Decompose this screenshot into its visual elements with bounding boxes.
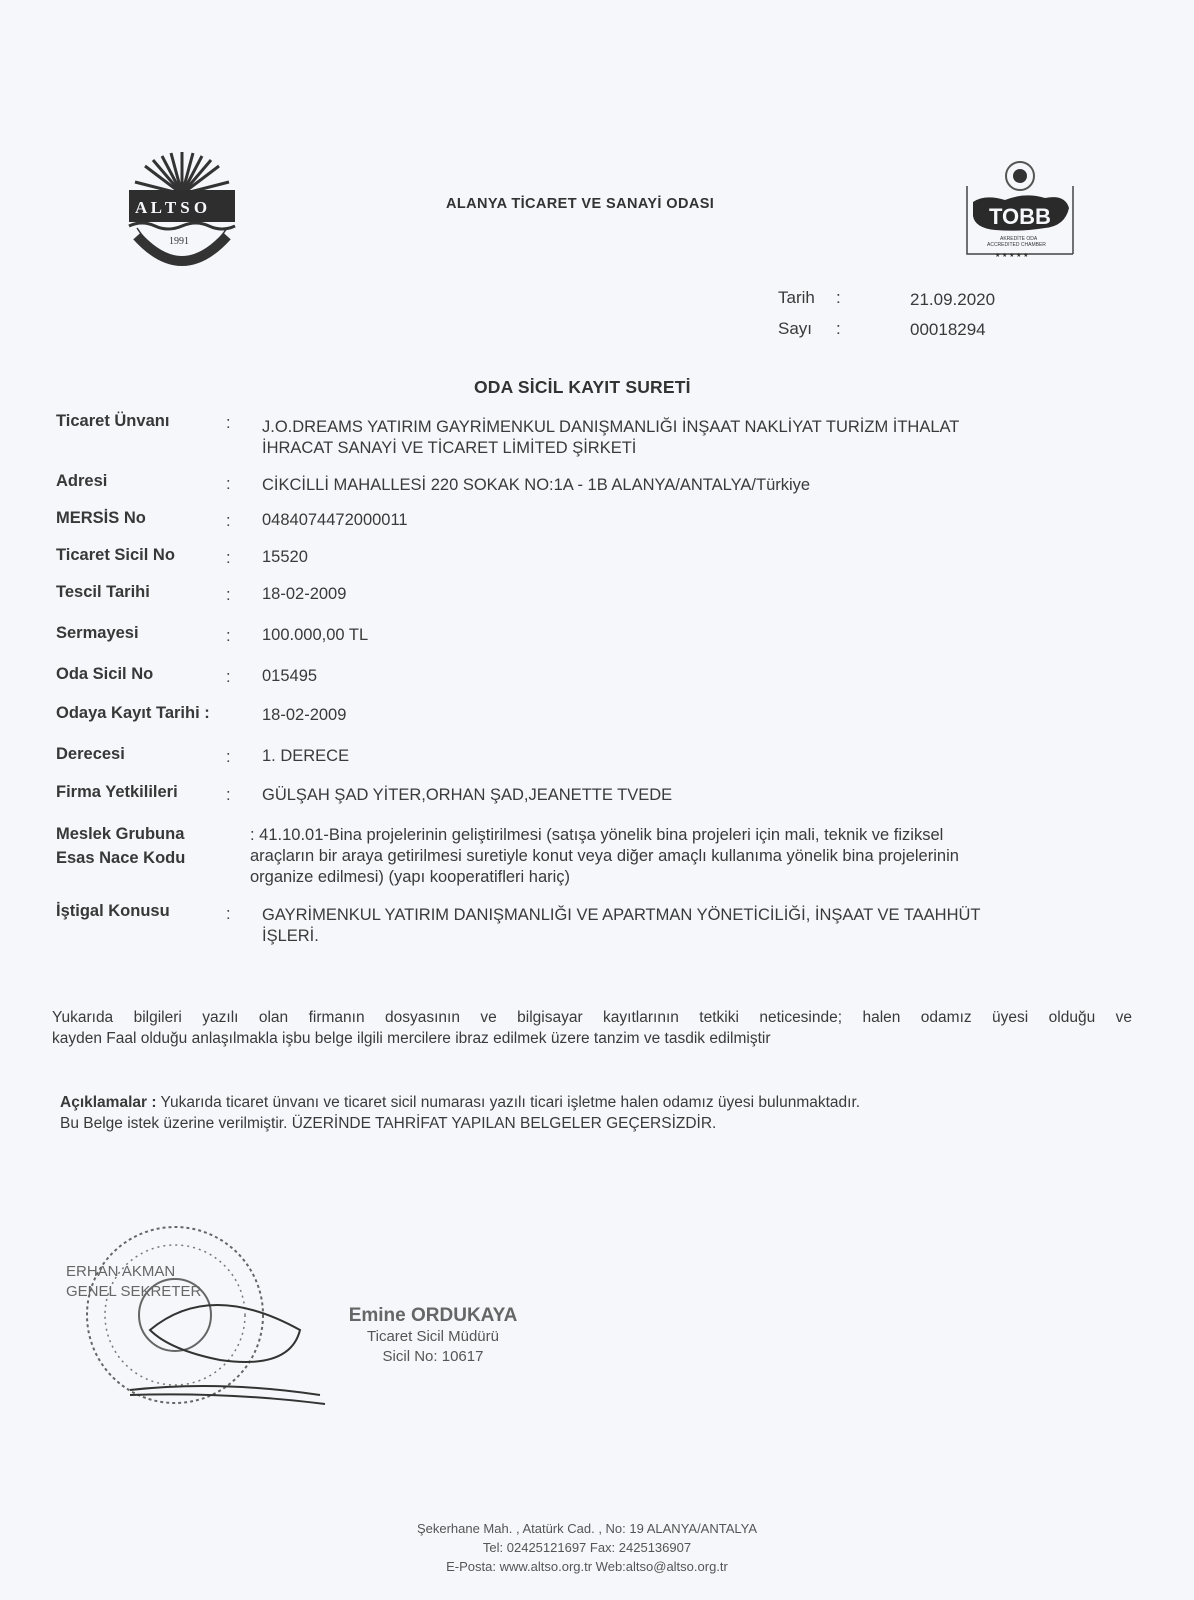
field-value-nace-code: : 41.10.01-Bina projelerinin geliştirilm…: [250, 825, 1090, 888]
svg-text:TOBB: TOBB: [989, 204, 1051, 229]
field-label-chamber-registry-no: Oda Sicil No: [56, 665, 153, 684]
svg-text:★ ★ ★ ★ ★: ★ ★ ★ ★ ★: [995, 252, 1029, 259]
field-value-registration-date: 18-02-2009: [262, 585, 346, 604]
field-value-chamber-registry-no: 015495: [262, 667, 317, 686]
field-value-trade-name: J.O.DREAMS YATIRIM GAYRİMENKUL DANIŞMANL…: [262, 417, 1102, 459]
field-value-capital: 100.000,00 TL: [262, 626, 368, 645]
field-label-address: Adresi: [56, 472, 107, 491]
field-colon: :: [226, 748, 231, 767]
field-label-trade-name: Ticaret Ünvanı: [56, 412, 169, 431]
field-label-trade-registry-no: Ticaret Sicil No: [56, 546, 175, 565]
date-value: 21.09.2020: [910, 290, 995, 310]
field-label-mersis: MERSİS No: [56, 509, 146, 528]
organization-name: ALANYA TİCARET VE SANAYİ ODASI: [446, 196, 714, 212]
certification-statement: Yukarıda bilgileri yazılı olan firmanın …: [52, 1007, 1132, 1049]
footer: Şekerhane Mah. , Atatürk Cad. , No: 19 A…: [0, 1519, 1184, 1576]
number-label: Sayı: [778, 319, 812, 339]
field-colon: :: [226, 627, 231, 646]
field-colon: :: [226, 512, 231, 531]
footer-phone: Tel: 02425121697 Fax: 2425136907: [0, 1538, 1184, 1557]
official-seal-icon: [70, 1220, 330, 1420]
footer-address: Şekerhane Mah. , Atatürk Cad. , No: 19 A…: [0, 1519, 1184, 1538]
field-value-mersis: 0484074472000011: [262, 511, 408, 530]
footer-web: E-Posta: www.altso.org.tr Web:altso@alts…: [0, 1557, 1184, 1576]
field-value-authorized-persons: GÜLŞAH ŞAD YİTER,ORHAN ŞAD,JEANETTE TVED…: [262, 786, 672, 805]
field-label-chamber-registration-date: Odaya Kayıt Tarihi :: [56, 704, 210, 723]
notes: Açıklamalar : Yukarıda ticaret ünvanı ve…: [60, 1092, 1060, 1134]
field-value-business-activity: GAYRİMENKUL YATIRIM DANIŞMANLIĞI VE APAR…: [262, 905, 1102, 947]
field-colon: :: [226, 475, 231, 494]
field-value-address: CİKCİLLİ MAHALLESİ 220 SOKAK NO:1A - 1B …: [262, 476, 810, 495]
field-value-trade-registry-no: 15520: [262, 548, 308, 567]
notes-label: Açıklamalar :: [60, 1094, 157, 1111]
field-value-degree: 1. DERECE: [262, 747, 349, 766]
tobb-logo-icon: TOBB AKREDİTE ODA ACCREDITED CHAMBER ★ ★…: [965, 156, 1075, 266]
altso-letters: A L T S O: [135, 198, 207, 217]
field-label-capital: Sermayesi: [56, 624, 139, 643]
svg-text:ACCREDITED CHAMBER: ACCREDITED CHAMBER: [987, 242, 1046, 248]
svg-text:AKREDİTE ODA: AKREDİTE ODA: [1000, 235, 1038, 242]
altso-logo: A L T S O 1991: [127, 146, 237, 276]
svg-text:1991: 1991: [169, 236, 189, 247]
signature-left: ERHAN AKMAN GENEL SEKRETER: [66, 1262, 201, 1302]
altso-logo-icon: A L T S O 1991: [127, 146, 237, 276]
field-label-authorized-persons: Firma Yetkilileri: [56, 783, 178, 802]
field-value-chamber-registration-date: 18-02-2009: [262, 706, 346, 725]
field-colon: :: [226, 786, 231, 805]
field-colon: :: [226, 586, 231, 605]
field-label-business-activity: İştigal Konusu: [56, 902, 170, 921]
trade-name-line2: İHRACAT SANAYİ VE TİCARET LİMİTED ŞİRKET…: [262, 438, 1102, 459]
field-colon: :: [226, 905, 231, 924]
field-label-nace-code: Meslek Grubuna Esas Nace Kodu: [56, 822, 185, 870]
field-colon: :: [226, 549, 231, 568]
field-label-degree: Derecesi: [56, 745, 125, 764]
field-colon: :: [226, 668, 231, 687]
trade-name-line1: J.O.DREAMS YATIRIM GAYRİMENKUL DANIŞMANL…: [262, 417, 1102, 438]
field-colon: :: [226, 414, 231, 433]
number-value: 00018294: [910, 320, 986, 340]
date-separator: :: [836, 288, 841, 308]
signature-right: Emine ORDUKAYA Ticaret Sicil Müdürü Sici…: [328, 1305, 538, 1367]
field-label-registration-date: Tescil Tarihi: [56, 583, 150, 602]
document-title: ODA SİCİL KAYIT SURETİ: [474, 377, 691, 398]
number-separator: :: [836, 319, 841, 339]
date-label: Tarih: [778, 288, 815, 308]
tobb-logo: TOBB AKREDİTE ODA ACCREDITED CHAMBER ★ ★…: [965, 156, 1075, 266]
